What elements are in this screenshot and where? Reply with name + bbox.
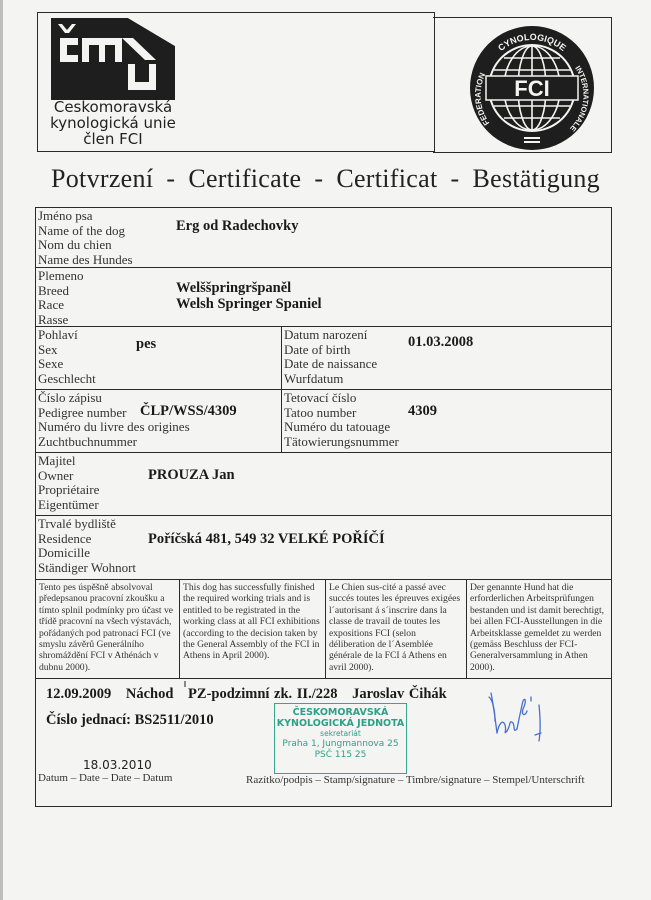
exam-name: PZ-podzimní zk. II./228 [188,686,337,702]
breed-value-cz: Welššpringršpaněl [176,280,291,297]
stamp-line-4: Praha 1, Jungmannova 25 [275,739,406,750]
title-de: Bestätigung [472,164,600,193]
official-stamp: ČESKOMORAVSKÁ KYNOLOGICKÁ JEDNOTA sekret… [274,703,407,774]
label-fr: Race [38,298,611,313]
dog-name-labels: Jméno psa Name of the dog Nom du chien N… [36,208,611,268]
fci-header-box: FCI CYNOLOGIQUE FEDERATION INTERNATIONAL… [433,17,612,153]
date-caption: Datum – Date – Date – Datum [38,772,172,784]
cmku-org-line-3: člen FCI [48,131,178,147]
label-cz: Majitel [38,454,611,469]
working-trial-statements: Tento pes úspěšně absolvoval předepsanou… [36,580,611,679]
dog-name-value: Erg od Radechovky [176,218,298,235]
label-fr: Nom du chien [38,238,611,253]
owner-labels: Majitel Owner Propriétaire Eigentümer [36,453,611,513]
exam-details: 12.09.2009 Náchod PZ-podzimní zk. II./22… [46,686,447,703]
label-de: Geschlecht [38,372,281,387]
exam-date: 12.09.2009 [46,686,111,702]
cmku-logo-icon [48,18,178,100]
stamp-line-1: ČESKOMORAVSKÁ [275,707,406,718]
sex-value: pes [136,336,156,353]
label-cz: Tetovací číslo [284,391,611,406]
cmku-org-name: Českomoravská kynologická unie člen FCI [48,99,178,147]
svg-text:FCI: FCI [514,76,549,101]
label-en: Sex [38,343,281,358]
label-fr: Sexe [38,357,281,372]
residence-value: Poříčská 481, 549 32 VELKÉ POŘÍČÍ [148,531,385,548]
reference-number: Číslo jednací: BS2511/2010 [46,712,214,729]
label-fr: Numéro du tatouage [284,420,611,435]
sex-birth-row: Pohlaví Sex Sexe Geschlecht pes Datum na… [36,327,611,390]
label-en: Owner [38,469,611,484]
cmku-org-line-1: Českomoravská [48,99,178,115]
cmku-org-line-2: kynologická unie [48,115,178,131]
page-edge-shadow [0,0,3,900]
label-en: Tatoo number [284,406,611,421]
owner-row: Majitel Owner Propriétaire Eigentümer PR… [36,453,611,516]
statement-en: This dog has successfully finished the r… [180,580,326,678]
label-cz: Plemeno [38,269,611,284]
exam-judge: Jaroslav Čihák [352,686,447,702]
label-de: Tätowierungsnummer [284,435,611,450]
breed-labels: Plemeno Breed Race Rasse [36,268,611,328]
stamp-line-3: sekretariát [275,729,406,739]
label-de: Rasse [38,313,611,328]
label-fr: Date de naissance [284,357,611,372]
label-cz: Jméno psa [38,209,611,224]
certificate-title: Potvrzení-Certificate-Certificat-Bestäti… [0,164,651,194]
owner-value: PROUZA Jan [148,467,235,484]
pedigree-labels: Číslo zápisu Pedigree number Numéro du l… [36,390,281,450]
label-fr: Propriétaire [38,483,611,498]
reference-label: Číslo jednací: [46,712,131,728]
label-cz: Pohlaví [38,328,281,343]
statement-fr: Le Chien sus-cité a passé avec succés to… [326,580,467,678]
statement-cz: Tento pes úspěšně absolvoval předepsanou… [36,580,180,678]
certification-footer: 12.09.2009 Náchod PZ-podzimní zk. II./22… [36,679,611,806]
statement-de: Der genannte Hund hat die erforderlichen… [467,580,611,678]
title-en: Certificate [188,164,301,193]
label-de: Wurfdatum [284,372,611,387]
label-de: Ständiger Wohnort [38,561,611,576]
birth-date-value: 01.03.2008 [408,334,473,351]
stamp-signature-caption: Razítko/podpis – Stamp/signature – Timbr… [246,774,585,786]
title-fr: Certificat [336,164,437,193]
title-cz: Potvrzení [51,164,153,193]
stamp-line-5: PSČ 115 25 [275,750,406,761]
title-separator: - [166,164,175,193]
certificate-form: Jméno psa Name of the dog Nom du chien N… [35,207,612,807]
pedigree-tattoo-row: Číslo zápisu Pedigree number Numéro du l… [36,390,611,453]
sex-labels: Pohlaví Sex Sexe Geschlecht [36,327,281,387]
label-en: Breed [38,284,611,299]
label-cz: Trvalé bydliště [38,517,611,532]
label-fr: Domicille [38,546,611,561]
label-fr: Numéro du livre des origines [38,420,281,435]
breed-value-en: Welsh Springer Spaniel [176,296,322,313]
label-de: Name des Hundes [38,253,611,268]
label-de: Eigentümer [38,498,611,513]
label-en: Name of the dog [38,224,611,239]
exam-place: Náchod [126,686,174,702]
residence-row: Trvalé bydliště Residence Domicille Stän… [36,516,611,580]
tattoo-labels: Tetovací číslo Tatoo number Numéro du ta… [282,390,611,450]
breed-row: Plemeno Breed Race Rasse Welššpringršpan… [36,268,611,327]
pedigree-number-value: ČLP/WSS/4309 [140,403,237,420]
issue-date: 18.03.2010 [83,758,152,772]
tattoo-number-value: 4309 [408,403,437,420]
cmku-header-box: Českomoravská kynologická unie člen FCI [37,12,435,152]
fci-globe-logo-icon: FCI CYNOLOGIQUE FEDERATION INTERNATIONAL… [468,24,596,152]
dog-name-row: Jméno psa Name of the dog Nom du chien N… [36,208,611,268]
reference-value: BS2511/2010 [135,712,214,728]
title-separator: - [451,164,460,193]
stamp-line-2: KYNOLOGICKÁ JEDNOTA [275,718,406,729]
handwritten-signature-icon [483,689,553,749]
title-separator: - [314,164,323,193]
label-de: Zuchtbuchnummer [38,435,281,450]
